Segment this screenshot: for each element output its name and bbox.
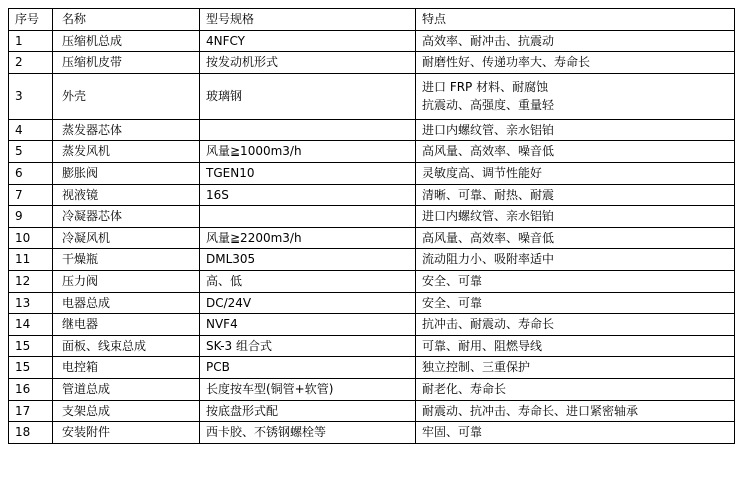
- cell-no: 6: [9, 162, 53, 184]
- cell-no: 9: [9, 206, 53, 228]
- features-line: 抗震动、高强度、重量轻: [422, 96, 730, 115]
- cell-spec: 风量≧2200m3/h: [200, 227, 416, 249]
- table-row: 1 压缩机总成 4NFCY 高效率、耐冲击、抗震动: [9, 30, 735, 52]
- cell-features: 流动阻力小、吸附率适中: [416, 249, 735, 271]
- cell-no: 12: [9, 270, 53, 292]
- table-row: 18 安装附件 西卡胶、不锈钢螺栓等 牢固、可靠: [9, 422, 735, 444]
- cell-features: 进口内螺纹管、亲水铝铂: [416, 206, 735, 228]
- header-row: 序号 名称 型号规格 特点: [9, 9, 735, 31]
- cell-no: 11: [9, 249, 53, 271]
- cell-name: 冷凝器芯体: [53, 206, 200, 228]
- cell-spec: 按发动机形式: [200, 52, 416, 74]
- table-row: 11 干燥瓶 DML305 流动阻力小、吸附率适中: [9, 249, 735, 271]
- cell-features: 清晰、可靠、耐热、耐震: [416, 184, 735, 206]
- table-row: 14 继电器 NVF4 抗冲击、耐震动、寿命长: [9, 314, 735, 336]
- cell-spec: 高、低: [200, 270, 416, 292]
- features-line: 进口 FRP 材料、耐腐蚀: [422, 78, 730, 97]
- header-cell-spec: 型号规格: [200, 9, 416, 31]
- cell-features: 可靠、耐用、阻燃导线: [416, 335, 735, 357]
- cell-no: 3: [9, 73, 53, 119]
- table-row: 15 电控箱 PCB 独立控制、三重保护: [9, 357, 735, 379]
- cell-spec: SK-3 组合式: [200, 335, 416, 357]
- table-body: 1 压缩机总成 4NFCY 高效率、耐冲击、抗震动 2 压缩机皮带 按发动机形式…: [9, 30, 735, 443]
- cell-no: 18: [9, 422, 53, 444]
- component-spec-table: 序号 名称 型号规格 特点 1 压缩机总成 4NFCY 高效率、耐冲击、抗震动 …: [8, 8, 735, 444]
- cell-features: 高风量、高效率、噪音低: [416, 141, 735, 163]
- cell-no: 17: [9, 400, 53, 422]
- cell-name: 管道总成: [53, 378, 200, 400]
- cell-spec: 风量≧1000m3/h: [200, 141, 416, 163]
- cell-name: 电器总成: [53, 292, 200, 314]
- cell-features: 灵敏度高、调节性能好: [416, 162, 735, 184]
- cell-spec: 按底盘形式配: [200, 400, 416, 422]
- cell-features: 进口 FRP 材料、耐腐蚀 抗震动、高强度、重量轻: [416, 73, 735, 119]
- cell-features: 独立控制、三重保护: [416, 357, 735, 379]
- cell-name: 蒸发器芯体: [53, 119, 200, 141]
- cell-name: 支架总成: [53, 400, 200, 422]
- cell-name: 电控箱: [53, 357, 200, 379]
- cell-features: 高效率、耐冲击、抗震动: [416, 30, 735, 52]
- table-row: 10 冷凝风机 风量≧2200m3/h 高风量、高效率、噪音低: [9, 227, 735, 249]
- cell-spec: [200, 206, 416, 228]
- table-row: 7 视液镜 16S 清晰、可靠、耐热、耐震: [9, 184, 735, 206]
- cell-name: 冷凝风机: [53, 227, 200, 249]
- table-row: 9 冷凝器芯体 进口内螺纹管、亲水铝铂: [9, 206, 735, 228]
- cell-features: 进口内螺纹管、亲水铝铂: [416, 119, 735, 141]
- cell-name: 干燥瓶: [53, 249, 200, 271]
- header-cell-name: 名称: [53, 9, 200, 31]
- cell-name: 压缩机总成: [53, 30, 200, 52]
- cell-spec: DC/24V: [200, 292, 416, 314]
- cell-features: 安全、可靠: [416, 292, 735, 314]
- cell-name: 安装附件: [53, 422, 200, 444]
- cell-no: 13: [9, 292, 53, 314]
- cell-name: 面板、线束总成: [53, 335, 200, 357]
- cell-no: 14: [9, 314, 53, 336]
- cell-spec: [200, 119, 416, 141]
- header-cell-no: 序号: [9, 9, 53, 31]
- table-row: 3 外壳 玻璃钢 进口 FRP 材料、耐腐蚀 抗震动、高强度、重量轻: [9, 73, 735, 119]
- cell-spec: 16S: [200, 184, 416, 206]
- table-row: 4 蒸发器芯体 进口内螺纹管、亲水铝铂: [9, 119, 735, 141]
- cell-no: 7: [9, 184, 53, 206]
- table-row: 2 压缩机皮带 按发动机形式 耐磨性好、传递功率大、寿命长: [9, 52, 735, 74]
- cell-no: 1: [9, 30, 53, 52]
- cell-spec: TGEN10: [200, 162, 416, 184]
- cell-no: 15: [9, 357, 53, 379]
- cell-features: 高风量、高效率、噪音低: [416, 227, 735, 249]
- cell-spec: 玻璃钢: [200, 73, 416, 119]
- cell-no: 16: [9, 378, 53, 400]
- table-row: 5 蒸发风机 风量≧1000m3/h 高风量、高效率、噪音低: [9, 141, 735, 163]
- cell-name: 外壳: [53, 73, 200, 119]
- cell-no: 15: [9, 335, 53, 357]
- table-row: 6 膨胀阀 TGEN10 灵敏度高、调节性能好: [9, 162, 735, 184]
- cell-features: 抗冲击、耐震动、寿命长: [416, 314, 735, 336]
- table-row: 13 电器总成 DC/24V 安全、可靠: [9, 292, 735, 314]
- table-row: 15 面板、线束总成 SK-3 组合式 可靠、耐用、阻燃导线: [9, 335, 735, 357]
- cell-spec: 西卡胶、不锈钢螺栓等: [200, 422, 416, 444]
- cell-name: 压缩机皮带: [53, 52, 200, 74]
- header-cell-features: 特点: [416, 9, 735, 31]
- cell-features: 耐磨性好、传递功率大、寿命长: [416, 52, 735, 74]
- cell-spec: 长度按车型(铜管+软管): [200, 378, 416, 400]
- table-row: 12 压力阀 高、低 安全、可靠: [9, 270, 735, 292]
- cell-name: 膨胀阀: [53, 162, 200, 184]
- cell-name: 视液镜: [53, 184, 200, 206]
- cell-no: 5: [9, 141, 53, 163]
- cell-features: 耐震动、抗冲击、寿命长、进口紧密轴承: [416, 400, 735, 422]
- cell-features: 牢固、可靠: [416, 422, 735, 444]
- table-row: 16 管道总成 长度按车型(铜管+软管) 耐老化、寿命长: [9, 378, 735, 400]
- cell-name: 蒸发风机: [53, 141, 200, 163]
- cell-name: 继电器: [53, 314, 200, 336]
- cell-spec: DML305: [200, 249, 416, 271]
- cell-no: 4: [9, 119, 53, 141]
- cell-spec: PCB: [200, 357, 416, 379]
- page: 序号 名称 型号规格 特点 1 压缩机总成 4NFCY 高效率、耐冲击、抗震动 …: [0, 0, 739, 479]
- cell-name: 压力阀: [53, 270, 200, 292]
- cell-no: 10: [9, 227, 53, 249]
- cell-spec: 4NFCY: [200, 30, 416, 52]
- cell-features: 耐老化、寿命长: [416, 378, 735, 400]
- cell-no: 2: [9, 52, 53, 74]
- table-row: 17 支架总成 按底盘形式配 耐震动、抗冲击、寿命长、进口紧密轴承: [9, 400, 735, 422]
- cell-spec: NVF4: [200, 314, 416, 336]
- cell-features: 安全、可靠: [416, 270, 735, 292]
